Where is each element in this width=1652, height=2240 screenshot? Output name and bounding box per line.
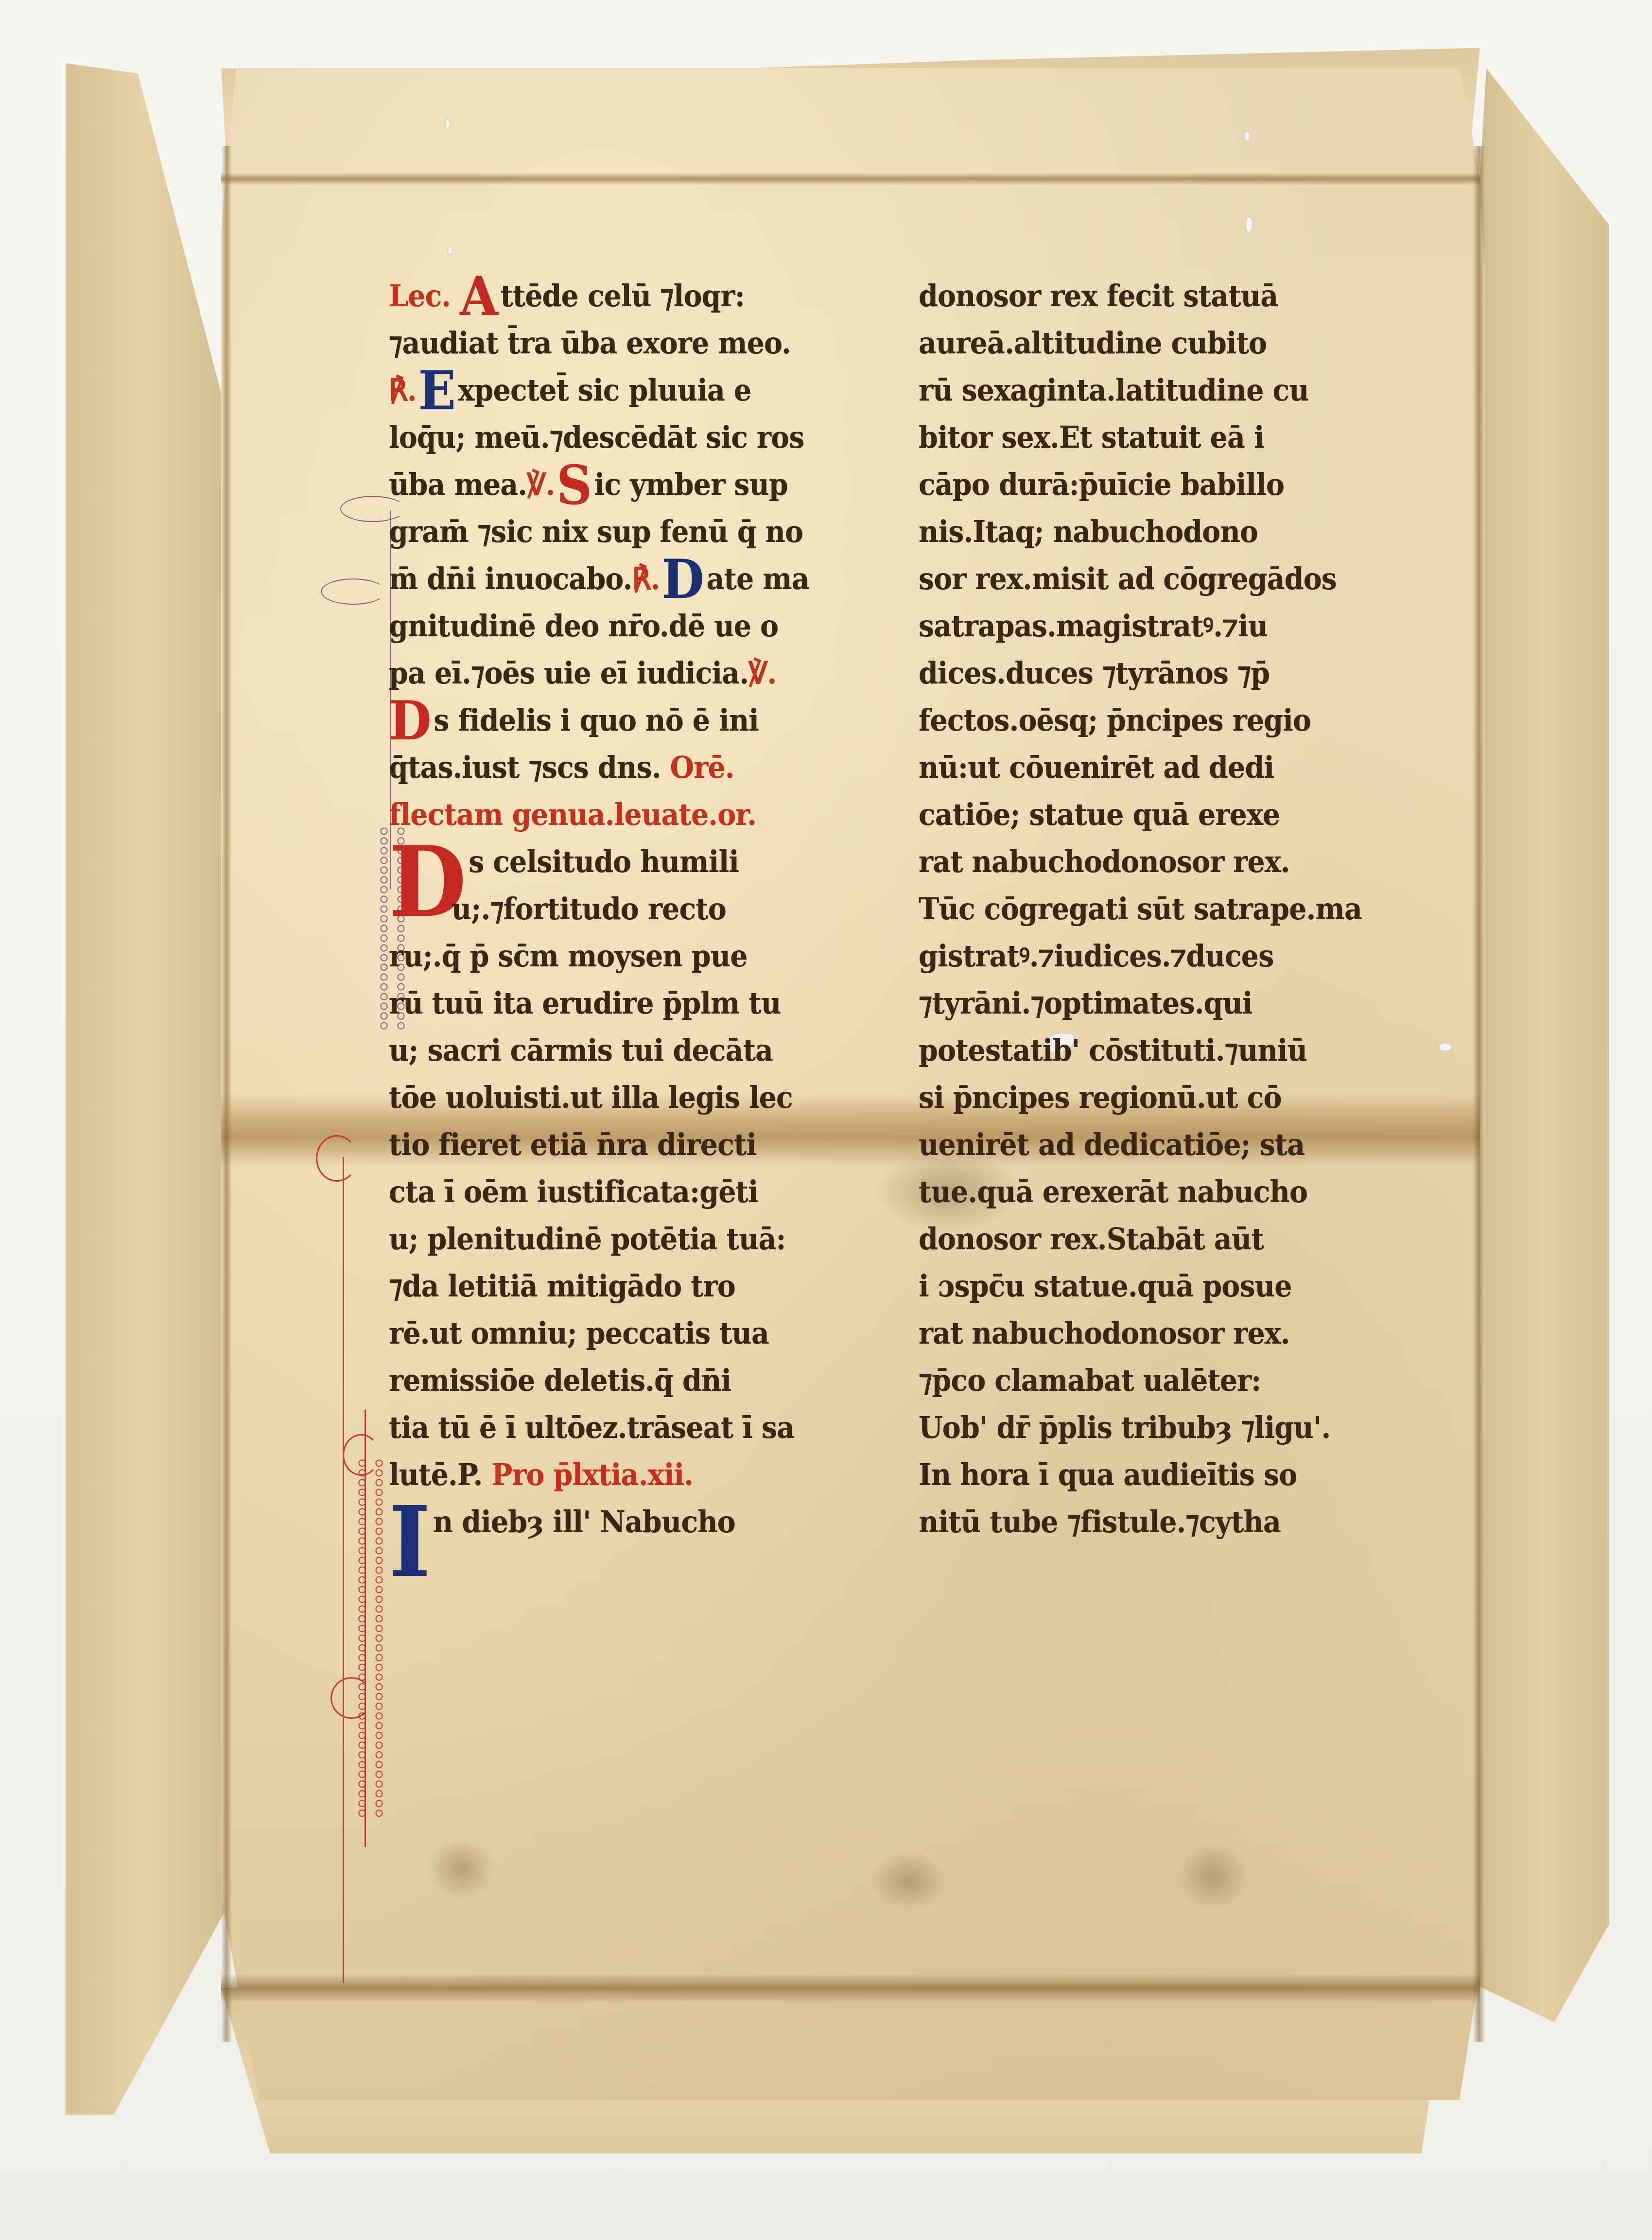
versicle-mark: ℣. <box>527 467 555 502</box>
red-initial: S <box>556 461 591 508</box>
line-text: rū sexaginta.latitudine cu <box>919 372 1309 408</box>
line-text: loq̄u; meū.⁊descēdāt sic ros <box>389 420 804 455</box>
red-initial: A <box>460 273 498 320</box>
text-line: tia tū ē ī ultōez.trāseat ī sa <box>389 1404 818 1451</box>
line-text: catiōe; statue quā erexe <box>919 797 1280 832</box>
pinhole <box>1244 131 1250 142</box>
text-line: donosor rex.Stabāt aūt <box>919 1215 1348 1262</box>
text-line: In hora ī qua audieītis so <box>919 1451 1348 1498</box>
text-line: donosor rex fecit statuā <box>919 272 1348 319</box>
line-text: nū:ut cōuenirēt ad dedi <box>919 750 1274 785</box>
line-text: tia tū ē ī ultōez.trāseat ī sa <box>389 1410 794 1445</box>
line-text: nitū tube ⁊fistule.⁊cytha <box>919 1504 1281 1540</box>
line-text: u; plenitudinē potētia tuā: <box>389 1221 786 1257</box>
text-line: i ɔspc̄u statue.quā posue <box>919 1262 1348 1310</box>
text-line: sor rex.misit ad cōgregādos <box>919 555 1348 602</box>
text-line: rū sexaginta.latitudine cu <box>919 367 1348 414</box>
line-text: rat nabuchodonosor rex. <box>919 844 1290 879</box>
text-line: tue.quā erexerāt nabucho <box>919 1168 1348 1215</box>
line-text: ic ymber sup <box>594 467 788 502</box>
right-folded-edge <box>1473 68 1609 2022</box>
red-flourish-curl <box>316 1135 358 1182</box>
text-line: gnitudinē deo nr̄o.dē ue o <box>389 602 818 649</box>
text-line: m̄ dn̄i inuocabo.℟.Date ma <box>389 555 818 602</box>
red-flourish-curl <box>330 1677 372 1719</box>
line-text: tōe uoluisti.ut illa legis lec <box>389 1080 793 1115</box>
line-text: potestatib' cōstituti.⁊uniū <box>919 1032 1307 1068</box>
text-line: Ds fidelis i quo nō ē ini <box>389 697 818 744</box>
text-line: aureā.altitudine cubito <box>919 319 1348 367</box>
purple-penwork-border <box>379 826 389 1031</box>
line-text: ⁊audiat t̄ra ūba exore meo. <box>389 325 791 361</box>
response-mark: ℟. <box>632 561 660 596</box>
blue-initial: E <box>418 367 455 414</box>
text-line: nū:ut cōuenirēt ad dedi <box>919 744 1348 791</box>
prophecy-rubric: Pro p̄lxtia.xii. <box>491 1457 693 1492</box>
blue-initial: D <box>661 556 704 603</box>
line-text: dices.duces ⁊tyrānos ⁊p̄ <box>919 655 1269 691</box>
text-line: cāpo durā:p̄uīcie babillo <box>919 461 1348 508</box>
line-text: nis.Itaq; nabuchodono <box>919 514 1258 549</box>
red-penwork-border <box>374 1458 384 1818</box>
line-text: aureā.altitudine cubito <box>919 325 1267 361</box>
line-text: u; sacri cārmis tui decāta <box>389 1032 773 1068</box>
text-line: loq̄u; meū.⁊descēdāt sic ros <box>389 414 818 461</box>
line-text: si p̄ncipes regionū.ut cō <box>919 1080 1282 1115</box>
text-line: tio fieret etiā n̄ra directi <box>389 1121 818 1168</box>
line-text: s fidelis i quo nō ē ini <box>434 702 759 738</box>
text-line: u; sacri cārmis tui decāta <box>389 1027 818 1074</box>
text-line: fectos.oēsq; p̄ncipes regio <box>919 697 1348 744</box>
lection-rubric: Lec. <box>389 278 451 314</box>
pinhole <box>445 119 451 130</box>
line-text: rat nabuchodonosor rex. <box>919 1315 1290 1351</box>
text-line: uenirēt ad dedicatiōe; sta <box>919 1121 1348 1168</box>
line-text: rū tuū ita erudire p̄plm tu <box>389 985 781 1021</box>
line-text: remissiōe deletis.q̄ dn̄i <box>389 1363 731 1398</box>
right-fold-crease <box>1473 146 1485 2042</box>
top-fold-crease <box>221 173 1480 185</box>
line-text: cta ī oēm iustificata:gēti <box>389 1174 758 1209</box>
text-line: q̄tas.iust ⁊scs dns. Orē. <box>389 744 818 791</box>
line-text: u;.⁊fortitudo recto <box>452 891 726 927</box>
line-text: ttēde celū ⁊loqr: <box>500 278 744 314</box>
text-line: ⁊tyrāni.⁊optimates.qui <box>919 980 1348 1027</box>
line-text: i ɔspc̄u statue.quā posue <box>919 1268 1292 1304</box>
line-text: tio fieret etiā n̄ra directi <box>389 1127 756 1162</box>
text-line: ⁊da letitiā mitigādo tro <box>389 1262 818 1310</box>
line-text: donosor rex.Stabāt aūt <box>919 1221 1264 1257</box>
text-line: rē.ut omniu; peccatis tua <box>389 1310 818 1357</box>
text-line: u;.⁊fortitudo recto <box>389 885 818 932</box>
text-line: u; plenitudinē potētia tuā: <box>389 1215 818 1262</box>
text-line: nitū tube ⁊fistule.⁊cytha <box>919 1498 1348 1545</box>
line-text: satrapas.magistratꝰ.⁊iu <box>919 608 1268 644</box>
text-line: potestatib' cōstituti.⁊uniū <box>919 1027 1348 1074</box>
text-line: rū tuū ita erudire p̄plm tu <box>389 980 818 1027</box>
pinhole <box>447 245 453 255</box>
line-text: rē.ut omniu; peccatis tua <box>389 1315 769 1351</box>
text-line: lutē.P. Pro p̄lxtia.xii. <box>389 1451 818 1498</box>
purple-flourish-curl <box>321 578 386 605</box>
red-flourish-stem <box>343 1157 344 1983</box>
line-text: gram̄ ⁊sic nix sup fenū q̄ no <box>389 514 803 549</box>
red-initial: D <box>389 697 431 744</box>
oremus-rubric: Orē. <box>670 750 734 785</box>
line-text: q̄tas.iust ⁊scs dns. <box>389 750 661 785</box>
text-line: bitor sex.Et statuit eā i <box>919 414 1348 461</box>
versicle-mark: ℣. <box>748 655 776 691</box>
text-line: Lec. Attēde celū ⁊loqr: <box>389 272 818 319</box>
text-line: nis.Itaq; nabuchodono <box>919 508 1348 555</box>
pinhole <box>1245 216 1253 233</box>
line-text: ⁊da letitiā mitigādo tro <box>389 1268 735 1304</box>
line-text: Tūc cōgregati sūt satrape.ma <box>919 891 1362 927</box>
text-line: satrapas.magistratꝰ.⁊iu <box>919 602 1348 649</box>
text-line: gistratꝰ.⁊iudices.⁊duces <box>919 932 1348 980</box>
line-text: gistratꝰ.⁊iudices.⁊duces <box>919 938 1273 974</box>
text-line: dices.duces ⁊tyrānos ⁊p̄ <box>919 649 1348 697</box>
text-line: ℟.Expectet̄ sic pluuia e <box>389 367 818 414</box>
text-line: si p̄ncipes regionū.ut cō <box>919 1074 1348 1121</box>
edge-hole <box>1439 1043 1452 1051</box>
red-penwork-border <box>357 1458 367 1818</box>
line-text: gnitudinē deo nr̄o.dē ue o <box>389 608 778 644</box>
line-text: ru;.q̄ p̄ sc̄m moysen pue <box>389 938 748 974</box>
line-text: n diebȝ ill' Nabucho <box>433 1504 735 1540</box>
line-text: Uob' dr̄ p̄plis tribubȝ ⁊ligu'. <box>919 1410 1330 1445</box>
text-line: ūba mea.℣.Sic ymber sup <box>389 461 818 508</box>
line-text: ūba mea. <box>389 467 527 502</box>
line-text: pa eī.⁊oēs uie eī iudicia. <box>389 655 748 691</box>
text-line: Tūc cōgregati sūt satrape.ma <box>919 885 1348 932</box>
left-folded-edge <box>66 63 226 2115</box>
line-text: sor rex.misit ad cōgregādos <box>919 561 1337 596</box>
line-text: In hora ī qua audieītis so <box>919 1457 1297 1492</box>
text-line: gram̄ ⁊sic nix sup fenū q̄ no <box>389 508 818 555</box>
text-line: Ds celsitudo humili <box>389 838 818 885</box>
large-blue-initial: I <box>389 1519 430 1566</box>
text-line: remissiōe deletis.q̄ dn̄i <box>389 1357 818 1404</box>
text-line: rat nabuchodonosor rex. <box>919 838 1348 885</box>
text-line: rat nabuchodonosor rex. <box>919 1310 1348 1357</box>
line-text: cāpo durā:p̄uīcie babillo <box>919 467 1284 502</box>
text-line: ru;.q̄ p̄ sc̄m moysen pue <box>389 932 818 980</box>
text-line: pa eī.⁊oēs uie eī iudicia.℣. <box>389 649 818 697</box>
line-text: donosor rex fecit statuā <box>919 278 1278 314</box>
text-line: In diebȝ ill' Nabucho <box>389 1498 818 1545</box>
text-line: catiōe; statue quā erexe <box>919 791 1348 838</box>
stain <box>428 1837 496 1901</box>
line-text: m̄ dn̄i inuocabo. <box>389 561 632 596</box>
text-line: Uob' dr̄ p̄plis tribubȝ ⁊ligu'. <box>919 1404 1348 1451</box>
text-line: cta ī oēm iustificata:gēti <box>389 1168 818 1215</box>
right-text-column: donosor rex fecit statuā aureā.altitudin… <box>919 272 1385 1545</box>
bottom-fold-crease <box>221 1974 1480 2003</box>
line-text: s celsitudo humili <box>469 844 739 879</box>
line-text: ⁊tyrāni.⁊optimates.qui <box>919 985 1252 1021</box>
left-fold-crease <box>221 146 232 2042</box>
line-text: uenirēt ad dedicatiōe; sta <box>919 1127 1304 1162</box>
line-text: bitor sex.Et statuit eā i <box>919 420 1264 455</box>
text-line: tōe uoluisti.ut illa legis lec <box>389 1074 818 1121</box>
line-text: ⁊p̄co clamabat ualēter: <box>919 1363 1261 1398</box>
line-text: xpectet̄ sic pluuia e <box>458 372 751 408</box>
line-text: ate ma <box>707 561 809 596</box>
stain <box>870 1852 948 1910</box>
left-text-column: Lec. Attēde celū ⁊loqr: ⁊audiat t̄ra ūba… <box>389 272 855 1545</box>
stain <box>1176 1842 1249 1910</box>
line-text: fectos.oēsq; p̄ncipes regio <box>919 702 1311 738</box>
text-line: ⁊p̄co clamabat ualēter: <box>919 1357 1348 1404</box>
line-text: tue.quā erexerāt nabucho <box>919 1174 1307 1209</box>
response-mark: ℟. <box>389 372 417 408</box>
